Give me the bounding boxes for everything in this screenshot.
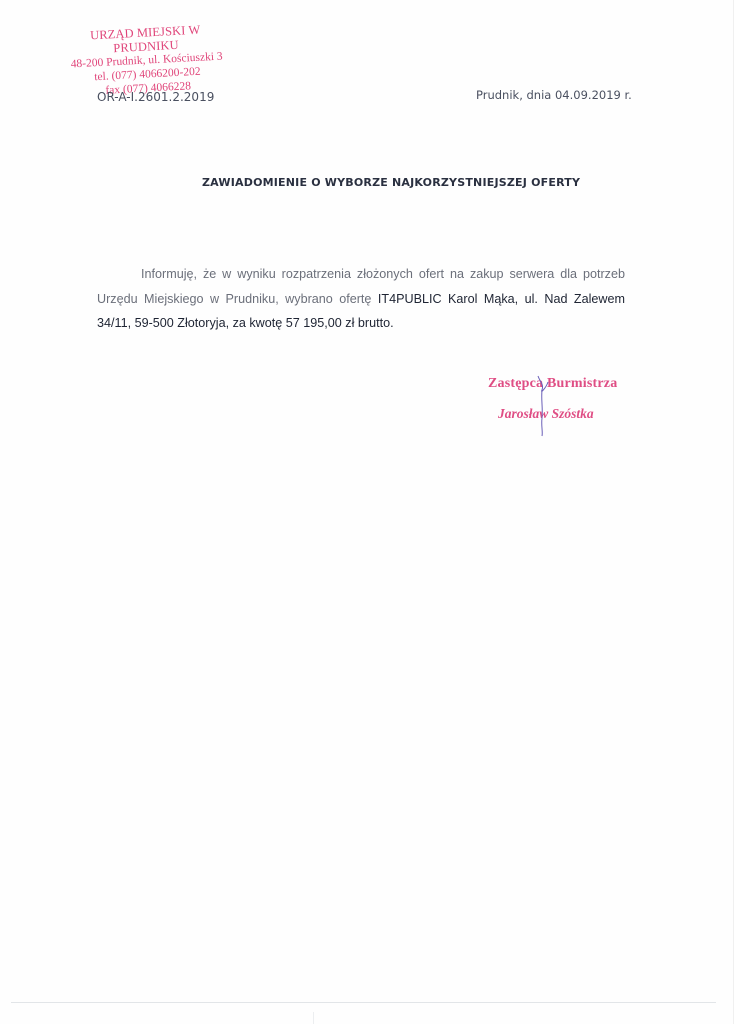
footer-divider (11, 1002, 716, 1003)
notice-body: Informuję, że w wyniku rozpatrzenia złoż… (97, 262, 625, 336)
document-title: ZAWIADOMIENIE O WYBORZE NAJKORZYSTNIEJSZ… (202, 176, 580, 189)
reference-number: OR-A-I.2601.2.2019 (97, 90, 214, 104)
place-and-date: Prudnik, dnia 04.09.2019 r. (476, 88, 632, 102)
document-page: URZĄD MIEJSKI W PRUDNIKU 48-200 Prudnik,… (0, 0, 734, 1024)
office-stamp: URZĄD MIEJSKI W PRUDNIKU 48-200 Prudnik,… (60, 21, 233, 100)
footer-fold-mark (313, 1012, 314, 1024)
handwritten-signature-icon (526, 374, 556, 438)
signature-name: Jarosław Szóstka (498, 406, 648, 422)
